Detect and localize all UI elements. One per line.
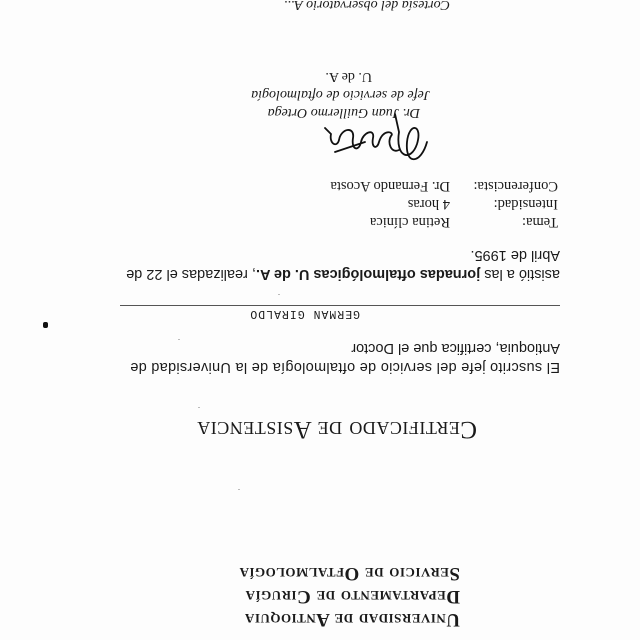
scan-speck [238,489,240,490]
body-text: asistió a las [480,266,560,282]
recipient-name: GERMAN GIRALDO [249,307,360,320]
body-text: Antioquia, certifica que el Doctor [351,340,560,356]
scan-speck [178,339,180,340]
scan-speck [278,294,280,295]
name-underline [120,305,560,306]
detail-label: Tema: [522,213,558,230]
detail-value: Dr. Fernando Acosta [330,177,450,194]
detail-value: 4 horas [408,195,450,212]
signatory-name: Dr. Juan Guillermo Ortega [268,104,420,120]
detail-label: Conferencista: [473,177,558,194]
detail-label: Intensidad: [494,195,558,212]
signatory-institution: U. de A. [325,68,372,84]
signatory-role: Jefe de servicio de oftalmología [251,86,430,102]
event-date: Abril de 1995. [471,247,560,263]
header-university: Universidad de Antioquia [245,608,460,630]
event-name: jornadas oftalmológicas U. de A. [256,266,480,282]
header-service: Servicio de Oftalmología [239,562,460,584]
certificate-page: Universidad de Antioquia Departamento de… [0,0,640,640]
scan-speck [198,407,200,408]
ink-spot [43,322,48,328]
signature [315,112,435,172]
body-text: , realizadas el 22 de [126,266,256,282]
footer-note: Cortesía del observatorio A... [284,0,450,12]
certificate-title: Certificado de Asistencia [197,415,477,443]
body-text: asistió a las jornadas oftalmológicas U.… [126,266,560,282]
detail-value: Retina clínica [370,213,450,230]
header-department: Departamento de Cirugía [245,585,460,607]
body-text: El suscrito jefe del servicio de oftalmo… [130,359,560,375]
